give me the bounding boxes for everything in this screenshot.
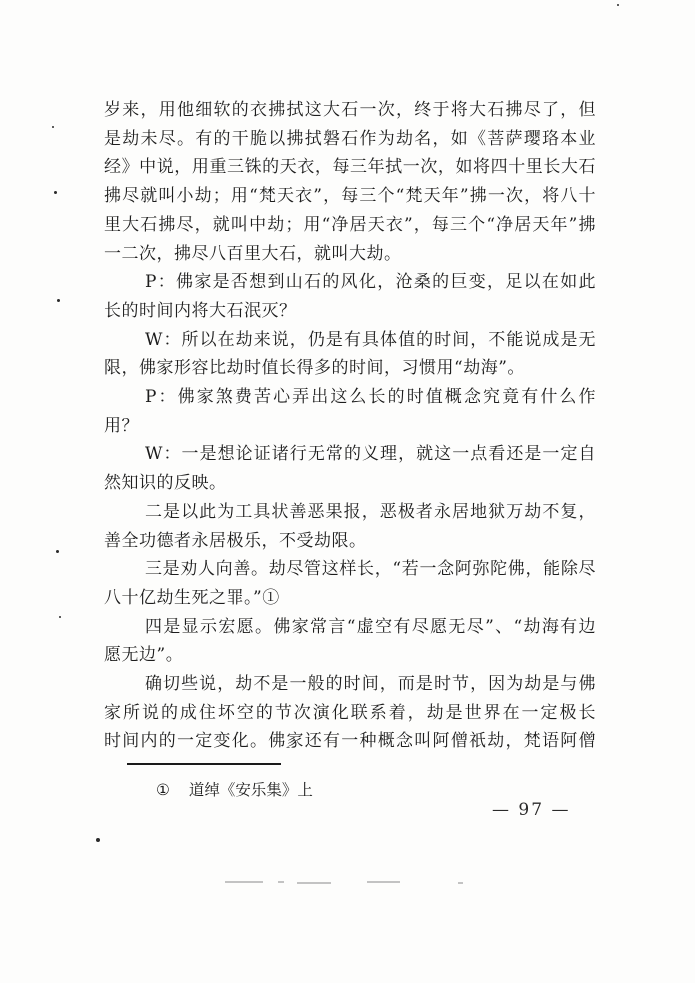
text-line: 一二次，拂尽八百里大石，就叫大劫。: [104, 240, 596, 269]
text-line: 里大石拂尽，就叫中劫；用“净居天衣”，每三个“净居天年”拂: [104, 211, 596, 240]
stray-dash-mark: --: [286, 740, 296, 754]
scan-smudge: [367, 881, 400, 883]
text-line: W：一是想论证诸行无常的义理，就这一点看还是一定自: [104, 440, 596, 469]
footnote-text: 道绰《安乐集》上: [189, 781, 313, 799]
scan-smudge: [297, 882, 331, 884]
text-line: 善全功德者永居极乐，不受劫限。: [104, 527, 596, 556]
footnote-marker: ①: [156, 781, 170, 799]
scan-speck: [59, 616, 61, 618]
text-line: 愿无边”。: [104, 641, 596, 670]
scan-smudge: [458, 882, 463, 884]
text-line: 是劫未尽。有的干脆以拂拭磐石作为劫名，如《菩萨璎珞本业: [104, 125, 596, 154]
text-line: 限，佛家形容比劫时值长得多的时间，习惯用“劫海”。: [104, 354, 596, 383]
footnote: ① 道绰《安乐集》上: [156, 778, 313, 800]
scanned-book-page: 岁来，用他细软的衣拂拭这大石一次，终于将大石拂尽了，但是劫未尽。有的干脆以拂拭磐…: [0, 0, 695, 983]
scan-speck: [57, 299, 60, 302]
scan-speck: [52, 126, 54, 128]
text-line: P：佛家煞费苦心弄出这么长的时值概念究竟有什么作: [104, 383, 596, 412]
text-line: 拂尽就叫小劫；用“梵天衣”，每三个“梵天年”拂一次，将八十: [104, 182, 596, 211]
text-line: 八十亿劫生死之罪。”①: [104, 584, 596, 613]
scan-smudge: [278, 881, 284, 883]
text-line: 岁来，用他细软的衣拂拭这大石一次，终于将大石拂尽了，但: [104, 96, 596, 125]
text-line: 确切些说，劫不是一般的时间，而是时节，因为劫是与佛: [104, 670, 596, 699]
page-number: — 97 —: [492, 800, 570, 820]
text-line: 然知识的反映。: [104, 469, 596, 498]
text-line: 经》中说，用重三铢的天衣，每三年拭一次，如将四十里长大石: [104, 153, 596, 182]
text-line: 家所说的成住坏空的节次演化联系着，劫是世界在一定极长: [104, 699, 596, 728]
scan-smudge: [225, 881, 263, 883]
body-text: 岁来，用他细软的衣拂拭这大石一次，终于将大石拂尽了，但是劫未尽。有的干脆以拂拭磐…: [104, 96, 596, 756]
scan-speck: [54, 191, 57, 194]
text-line: 长的时间内将大石泯灭？: [104, 297, 596, 326]
text-line: W：所以在劫来说，仍是有具体值的时间，不能说成是无: [104, 326, 596, 355]
scan-speck: [96, 838, 100, 842]
scan-speck: [56, 550, 59, 553]
footnote-divider: [127, 763, 281, 765]
text-line: 三是劝人向善。劫尽管这样长，“若一念阿弥陀佛，能除尽: [104, 555, 596, 584]
text-line: 四是显示宏愿。佛家常言“虚空有尽愿无尽”、“劫海有边: [104, 613, 596, 642]
text-line: 用？: [104, 412, 596, 441]
scan-speck: [617, 4, 619, 6]
text-line: P：佛家是否想到山石的风化，沧桑的巨变，足以在如此: [104, 268, 596, 297]
text-line: 时间内的一定变化。佛家还有一种概念叫阿僧祇劫，梵语阿僧: [104, 727, 596, 756]
text-line: 二是以此为工具状善恶果报，恶极者永居地狱万劫不复，: [104, 498, 596, 527]
